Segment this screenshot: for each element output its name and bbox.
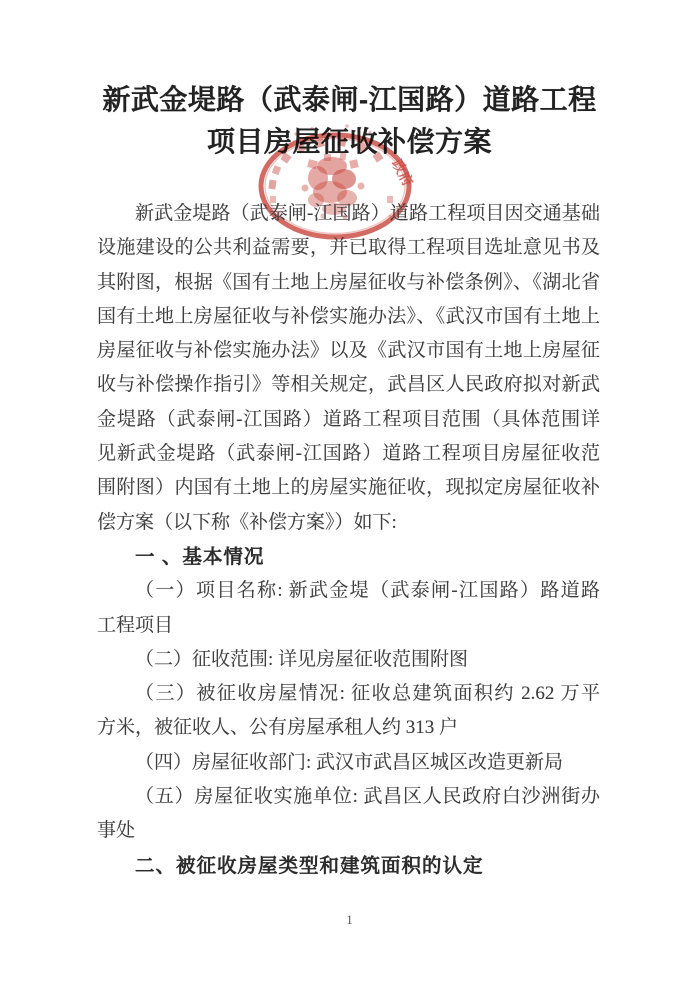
document-title: 新武金堤路（武泰闸-江国路）道路工程 项目房屋征收补偿方案 — [0, 79, 699, 163]
paragraph-line: 新武金堤路（武泰闸-江国路）道路工程项目因交通基础 — [97, 197, 600, 231]
page-number: 1 — [0, 912, 699, 928]
paragraph-line: 房屋征收与补偿实施办法》以及《武汉市国有土地上房屋征 — [97, 334, 600, 368]
item-line: （二）征收范围: 详见房屋征收范围附图 — [97, 643, 600, 677]
section-2-heading: 二、被征收房屋类型和建筑面积的认定 — [97, 849, 600, 883]
paragraph-line: 国有土地上房屋征收与补偿实施办法》、《武汉市国有土地上 — [97, 300, 600, 334]
paragraph-line: 围附图）内国有土地上的房屋实施征收，现拟定房屋征收补 — [97, 471, 600, 505]
paragraph-line: 其附图，根据《国有土地上房屋征收与补偿条例》、《湖北省 — [97, 266, 600, 300]
item-line: （三）被征收房屋情况: 征收总建筑面积约 2.62 万平 — [97, 677, 600, 711]
paragraph-line: 收与补偿操作指引》等相关规定，武昌区人民政府拟对新武 — [97, 368, 600, 402]
paragraph-line: 偿方案（以下称《补偿方案》）如下: — [97, 506, 600, 540]
item-line: （一）项目名称: 新武金堤（武泰闸-江国路）路道路 — [97, 574, 600, 608]
document-page: 新武金堤路（武泰闸-江国路）道路工程 项目房屋征收补偿方案 — [0, 0, 699, 990]
item-line: 方米，被征收人、公有房屋承租人约 313 户 — [97, 711, 600, 745]
title-line-2: 项目房屋征收补偿方案 — [0, 121, 699, 163]
item-line: （五）房屋征收实施单位: 武昌区人民政府白沙洲街办 — [97, 780, 600, 814]
paragraph-line: 见新武金堤路（武泰闸-江国路）道路工程项目房屋征收范 — [97, 437, 600, 471]
document-body: 新武金堤路（武泰闸-江国路）道路工程项目因交通基础 设施建设的公共利益需要，并已… — [97, 197, 600, 883]
item-line: 工程项目 — [97, 609, 600, 643]
section-1-heading: 一 、基本情况 — [97, 540, 600, 574]
item-line: （四）房屋征收部门: 武汉市武昌区城区改造更新局 — [97, 746, 600, 780]
paragraph-line: 金堤路（武泰闸-江国路）道路工程项目范围（具体范围详 — [97, 403, 600, 437]
title-line-1: 新武金堤路（武泰闸-江国路）道路工程 — [0, 79, 699, 121]
paragraph-line: 设施建设的公共利益需要，并已取得工程项目选址意见书及 — [97, 231, 600, 265]
item-line: 事处 — [97, 814, 600, 848]
